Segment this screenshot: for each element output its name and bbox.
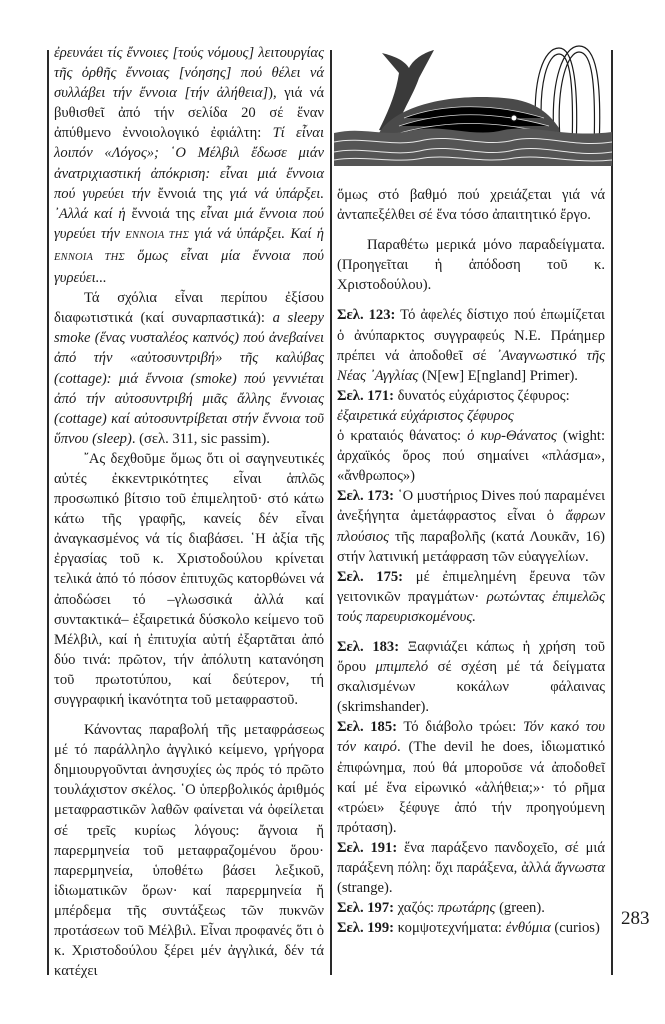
- errata-entry: Σελ. 197: χαζός: πρωτάρης (green).: [337, 898, 605, 918]
- errata-entry: Σελ. 175: μέ ἐπιμελημένη ἔρευνα τῶν γειτ…: [337, 567, 605, 627]
- whale-illustration: [334, 38, 612, 166]
- errata-entry: Σελ. 123: Τό ἀφελές δίστιχο πού ἐπωμίζετ…: [337, 305, 605, 385]
- text-span: χαζός:: [394, 900, 438, 916]
- errata-entry: Σελ. 191: ἕνα παράξενο πανδοχεῖο, σέ μιά…: [337, 838, 605, 898]
- right-margin-rule: [611, 50, 613, 975]
- errata-entry: ὁ κραταιός θάνατος: ὁ κυρ-Θάνατος (wight…: [337, 426, 605, 486]
- paragraph: Παραθέτω μερικά μόνο παραδείγματα. (Προη…: [337, 235, 605, 295]
- page-ref-label: Σελ. 173:: [337, 488, 394, 504]
- text-span: a sleepy smoke (ἕνας νυσταλέος καπνός) π…: [54, 310, 324, 447]
- text-span: (green).: [495, 900, 544, 916]
- text-span: ἔννοιά της: [131, 206, 194, 222]
- left-column: ἐρευνάει τίς ἔννοιες [τούς νόμους] λειτο…: [54, 43, 324, 981]
- text-span: ἐνθύμια: [506, 920, 551, 936]
- text-span: ἄγνωστα: [555, 860, 605, 876]
- page-ref-label: Σελ. 171:: [337, 388, 394, 404]
- page-ref-label: Σελ. 123:: [337, 307, 395, 323]
- text-span: . (σελ. 311, sic passim).: [132, 431, 270, 447]
- text-span: πρωτάρης: [438, 900, 496, 916]
- text-span: μπιμπελό: [376, 659, 429, 675]
- page-ref-label: Σελ. 175:: [337, 569, 403, 585]
- paragraph: ἐρευνάει τίς ἔννοιες [τούς νόμους] λειτο…: [54, 43, 324, 288]
- page-ref-label: Σελ. 199:: [337, 920, 394, 936]
- right-column: ὅμως στό βαθμό πού χρειάζεται γιά νά ἀντ…: [337, 185, 605, 938]
- page-ref-label: Σελ. 191:: [337, 840, 397, 856]
- page-ref-label: Σελ. 197:: [337, 900, 394, 916]
- text-span: γιά νά ὑπάρξει. Καί ἡ: [189, 226, 324, 242]
- errata-entry: Σελ. 183: Ξαφνιάζει κάπως ἡ χρήση τοῦ ὅρ…: [337, 637, 605, 717]
- text-span: (N[ew] E[ngland] Primer).: [418, 368, 578, 384]
- text-span: ἔννοιά της: [158, 186, 223, 202]
- errata-entry: Σελ. 173: ῾Ο μυστήριος Dives πού παραμέν…: [337, 486, 605, 566]
- paragraph: ὅμως στό βαθμό πού χρειάζεται γιά νά ἀντ…: [337, 185, 605, 225]
- page-number: 283: [621, 908, 650, 930]
- left-margin-rule: [47, 50, 49, 975]
- small-caps-span: ΕΝΝΟΙΑ ΤΗΣ: [54, 252, 125, 263]
- column-divider-rule: [330, 50, 332, 975]
- text-span: ὁ κραταιός θάνατος:: [337, 428, 467, 444]
- page-ref-label: Σελ. 185:: [337, 719, 397, 735]
- text-span: ὁ κυρ-Θάνατος: [467, 428, 557, 444]
- paragraph: ῎Ας δεχθοῦμε ὅμως ὅτι οἱ σαγηνευτικές αὐ…: [54, 449, 324, 710]
- text-span: (strange).: [337, 880, 393, 896]
- text-span: δυνατός εὐχάριστος ζέφυρος:: [394, 388, 570, 404]
- paragraph: Κάνοντας παραβολή τῆς μεταφράσεως μέ τό …: [54, 720, 324, 981]
- text-span: ἐξαιρετικά εὐχάριστος ζέφυρος: [337, 408, 514, 424]
- text-span: Τό διάβολο τρώει:: [397, 719, 523, 735]
- paragraph: Τά σχόλια εἶναι περίπου ἐξίσου διαφωτιστ…: [54, 288, 324, 449]
- text-span: (curios): [551, 920, 600, 936]
- errata-entry: Σελ. 171: δυνατός εὐχάριστος ζέφυρος: ἐξ…: [337, 386, 605, 426]
- text-span: κομψοτεχνήματα:: [394, 920, 506, 936]
- small-caps-span: ΕΝΝΟΙΑ ΤΗΣ: [125, 230, 189, 241]
- errata-entry: Σελ. 199: κομψοτεχνήματα: ἐνθύμια (curio…: [337, 918, 605, 938]
- page-ref-label: Σελ. 183:: [337, 639, 399, 655]
- errata-entry: Σελ. 185: Τό διάβολο τρώει: Τόν κακό του…: [337, 717, 605, 838]
